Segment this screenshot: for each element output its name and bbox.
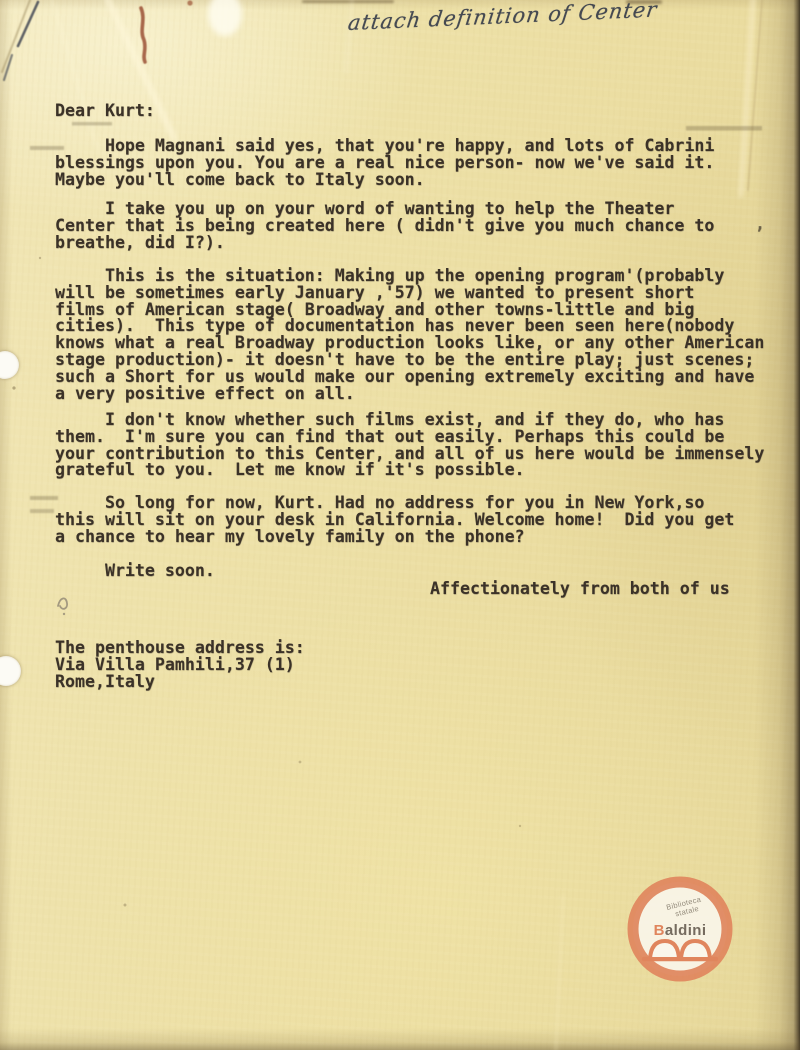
library-stamp: Biblioteca statale Baldini: [620, 869, 740, 989]
scan-edge-left: [0, 0, 12, 1050]
paragraph: I take you up on your word of wanting to…: [55, 201, 714, 251]
top-edge-smudge: [302, 0, 394, 3]
pencil-scribble: [58, 598, 67, 615]
typed-line: a very positive effect on all.: [55, 386, 764, 403]
typed-line: a chance to hear my lovely family on the…: [55, 529, 734, 546]
paragraph: I don't know whether such films exist, a…: [55, 412, 764, 479]
address-block: The penthouse address is:Via Villa Pamhi…: [55, 640, 305, 690]
paragraph: This is the situation: Making up the ope…: [55, 268, 764, 402]
letter-scan-page: attach definition of Center Dear Kurt: H…: [0, 0, 800, 1050]
crease-highlight: [741, 0, 753, 195]
paragraph: Hope Magnani said yes, that you're happy…: [55, 138, 714, 188]
signoff-line: Affectionately from both of us: [430, 581, 730, 598]
typed-line: breathe, did I?).: [55, 235, 714, 252]
closing-line: Write soon.: [55, 563, 215, 580]
stamp-name-initial: B: [654, 922, 665, 939]
stray-typed-mark: ,: [755, 216, 765, 233]
stamp-name-rest: aldini: [665, 922, 707, 939]
salutation: Dear Kurt:: [55, 103, 155, 120]
stamp-name: Baldini: [654, 922, 707, 939]
punch-hole: [0, 656, 21, 686]
paragraph: So long for now, Kurt. Had no address fo…: [55, 495, 734, 545]
punch-hole: [0, 351, 19, 379]
crease-highlight: [556, 895, 563, 1050]
typed-line: Rome,Italy: [55, 674, 305, 691]
typed-line: grateful to you. Let me know if it's pos…: [55, 462, 764, 479]
crease-highlight: [52, 0, 98, 150]
scan-edge-right: [754, 0, 800, 1050]
scan-edge-bottom: [0, 1028, 800, 1050]
typed-line: Maybe you'll come back to Italy soon.: [55, 172, 714, 189]
